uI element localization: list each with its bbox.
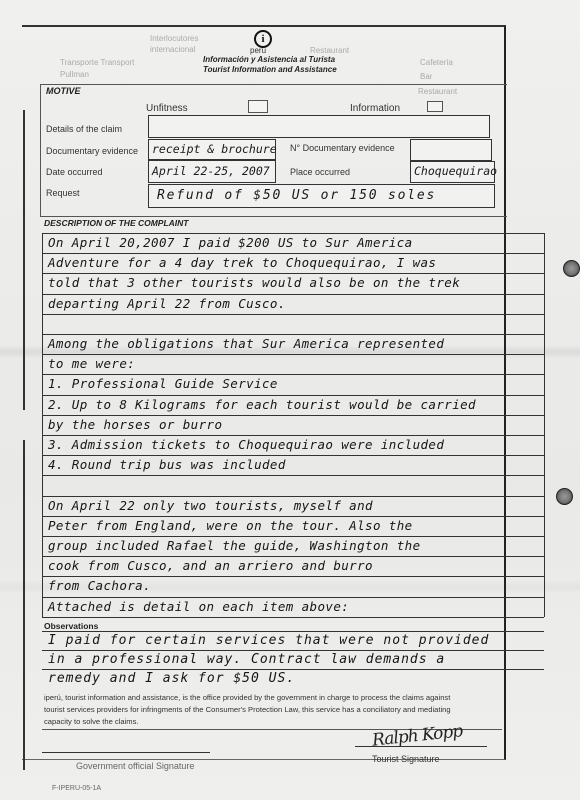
- ruled-line: [42, 435, 544, 436]
- tourist-signature-line[interactable]: [355, 746, 487, 747]
- description-line: 1. Professional Guide Service: [48, 376, 278, 391]
- description-line: departing April 22 from Cusco.: [48, 296, 286, 311]
- faded-header-text: Transporte Transport: [60, 58, 134, 67]
- ruled-line: [42, 576, 544, 577]
- ruled-line: [42, 314, 544, 315]
- ruled-line: [42, 374, 544, 375]
- ruled-line: [42, 475, 544, 476]
- observation-line: remedy and I ask for $50 US.: [48, 671, 295, 686]
- evidence-number-field[interactable]: [410, 139, 492, 161]
- observation-line: I paid for certain services that were no…: [48, 633, 489, 648]
- ruled-line: [42, 273, 544, 274]
- ruled-line: [42, 516, 544, 517]
- description-line: group included Rafael the guide, Washing…: [48, 538, 421, 553]
- motive-label: MOTIVE: [46, 86, 81, 96]
- request-label: Request: [46, 188, 80, 198]
- header-title-en: Tourist Information and Assistance: [203, 65, 337, 74]
- faded-header-text: Bar: [420, 72, 432, 81]
- description-line: On April 20,2007 I paid $200 US to Sur A…: [48, 235, 413, 250]
- description-heading: DESCRIPTION OF THE COMPLAINT: [44, 218, 189, 228]
- description-line: Peter from England, were on the tour. Al…: [48, 518, 413, 533]
- government-signature-line[interactable]: [42, 752, 210, 753]
- ruled-line: [42, 415, 544, 416]
- description-line: 2. Up to 8 Kilograms for each tourist wo…: [48, 397, 476, 412]
- logo-caption: peru: [250, 46, 266, 55]
- ruled-line: [42, 617, 544, 618]
- faded-header-text: Interlocutores: [150, 34, 198, 43]
- tourist-signature-label: Tourist Signature: [372, 754, 440, 764]
- ruled-line: [42, 631, 544, 632]
- faded-header-text: Restaurant: [310, 46, 349, 55]
- ruled-line: [42, 536, 544, 537]
- place-label: Place occurred: [290, 167, 350, 177]
- form-left-rule: [23, 110, 25, 410]
- description-line: told that 3 other tourists would also be…: [48, 275, 460, 290]
- description-line: 4. Round trip bus was included: [48, 457, 286, 472]
- ruled-line: [42, 650, 544, 651]
- ruled-line: [42, 354, 544, 355]
- ruled-line: [42, 597, 544, 598]
- form-left-rule: [23, 440, 25, 770]
- information-label: Information: [350, 103, 400, 114]
- information-checkbox[interactable]: [427, 101, 443, 112]
- faded-header-text: Cafetería: [420, 58, 453, 67]
- disclaimer-line: capacity to solve the claims.: [44, 717, 139, 726]
- request-field[interactable]: Refund of $50 US or 150 soles: [148, 184, 495, 208]
- details-field[interactable]: [148, 115, 490, 138]
- ruled-line: [42, 556, 544, 557]
- description-line: from Cachora.: [48, 578, 151, 593]
- observations-heading: Observations: [44, 621, 98, 631]
- unfitness-label: Unfitness: [146, 103, 188, 114]
- description-line: by the horses or burro: [48, 417, 222, 432]
- punch-hole: [556, 488, 573, 505]
- ruled-border: [42, 233, 43, 617]
- ruled-border: [544, 233, 545, 617]
- punch-hole: [563, 260, 580, 277]
- details-label: Details of the claim: [46, 124, 122, 134]
- ruled-line: [42, 334, 544, 335]
- description-line: Adventure for a 4 day trek to Choquequir…: [48, 255, 436, 270]
- observation-line: in a professional way. Contract law dema…: [48, 652, 445, 667]
- faded-header-text: Pullman: [60, 70, 89, 79]
- evidence-label: Documentary evidence: [46, 146, 138, 156]
- government-signature-label: Government official Signature: [76, 761, 194, 771]
- evidence-field[interactable]: receipt & brochure: [148, 139, 276, 160]
- unfitness-checkbox[interactable]: [248, 100, 268, 113]
- description-line: Attached is detail on each item above:: [48, 599, 349, 614]
- disclaimer-line: iperú, tourist information and assistanc…: [44, 693, 450, 702]
- ruled-line: [42, 294, 544, 295]
- description-line: 3. Admission tickets to Choquequirao wer…: [48, 437, 444, 452]
- ruled-line: [42, 253, 544, 254]
- description-line: to me were:: [48, 356, 135, 371]
- ruled-line: [42, 496, 544, 497]
- form-code: F-IPERU-05-1A: [52, 785, 101, 792]
- ruled-line: [42, 233, 544, 234]
- place-field[interactable]: Choquequirao: [410, 161, 495, 183]
- disclaimer-line: tourist services providers for infringme…: [44, 705, 451, 714]
- date-field[interactable]: April 22-25, 2007: [148, 160, 276, 183]
- description-line: Among the obligations that Sur America r…: [48, 336, 444, 351]
- description-line: On April 22 only two tourists, myself an…: [48, 498, 373, 513]
- faded-header-text: internacional: [150, 45, 195, 54]
- evidence-number-label: N° Documentary evidence: [290, 143, 395, 153]
- description-line: cook from Cusco, and an arriero and burr…: [48, 558, 373, 573]
- header-title-es: Información y Asistencia al Turista: [203, 55, 335, 64]
- ruled-line: [42, 669, 544, 670]
- ruled-line: [42, 395, 544, 396]
- date-label: Date occurred: [46, 167, 103, 177]
- ruled-line: [42, 455, 544, 456]
